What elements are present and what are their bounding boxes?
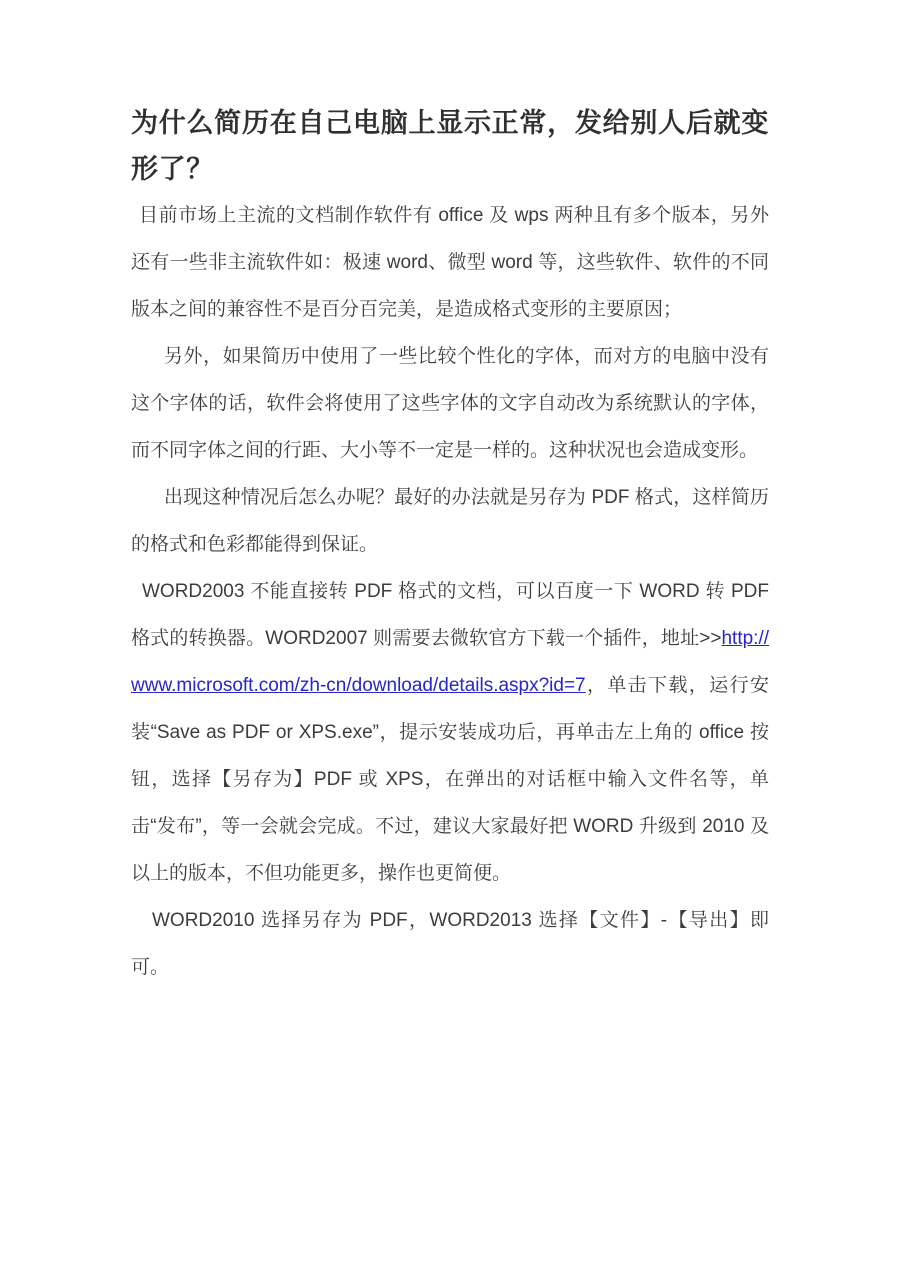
document-page: 为什么简历在自己电脑上显示正常，发给别人后就变形了？ 目前市场上主流的文档制作软… — [131, 0, 769, 991]
howto-text-after-link: ，单击下载，运行安装“Save as PDF or XPS.exe”，提示安装成… — [131, 675, 769, 884]
document-title: 为什么简历在自己电脑上显示正常，发给别人后就变形了？ — [131, 100, 769, 192]
paragraph-word2010-2013-export: WORD2010 选择另存为 PDF，WORD2013 选择【文件】-【导出】即… — [131, 897, 769, 991]
paragraph-pdf-solution: 出现这种情况后怎么办呢？最好的办法就是另存为 PDF 格式，这样简历的格式和色彩… — [131, 474, 769, 568]
howto-text-before-link: WORD2003 不能直接转 PDF 格式的文档，可以百度一下 WORD 转 P… — [131, 581, 769, 649]
paragraph-mainstream-software: 目前市场上主流的文档制作软件有 office 及 wps 两种且有多个版本，另外… — [131, 192, 769, 333]
paragraph-personalized-fonts: 另外，如果简历中使用了一些比较个性化的字体，而对方的电脑中没有这个字体的话，软件… — [131, 333, 769, 474]
paragraph-word-convert-howto: WORD2003 不能直接转 PDF 格式的文档，可以百度一下 WORD 转 P… — [131, 568, 769, 897]
